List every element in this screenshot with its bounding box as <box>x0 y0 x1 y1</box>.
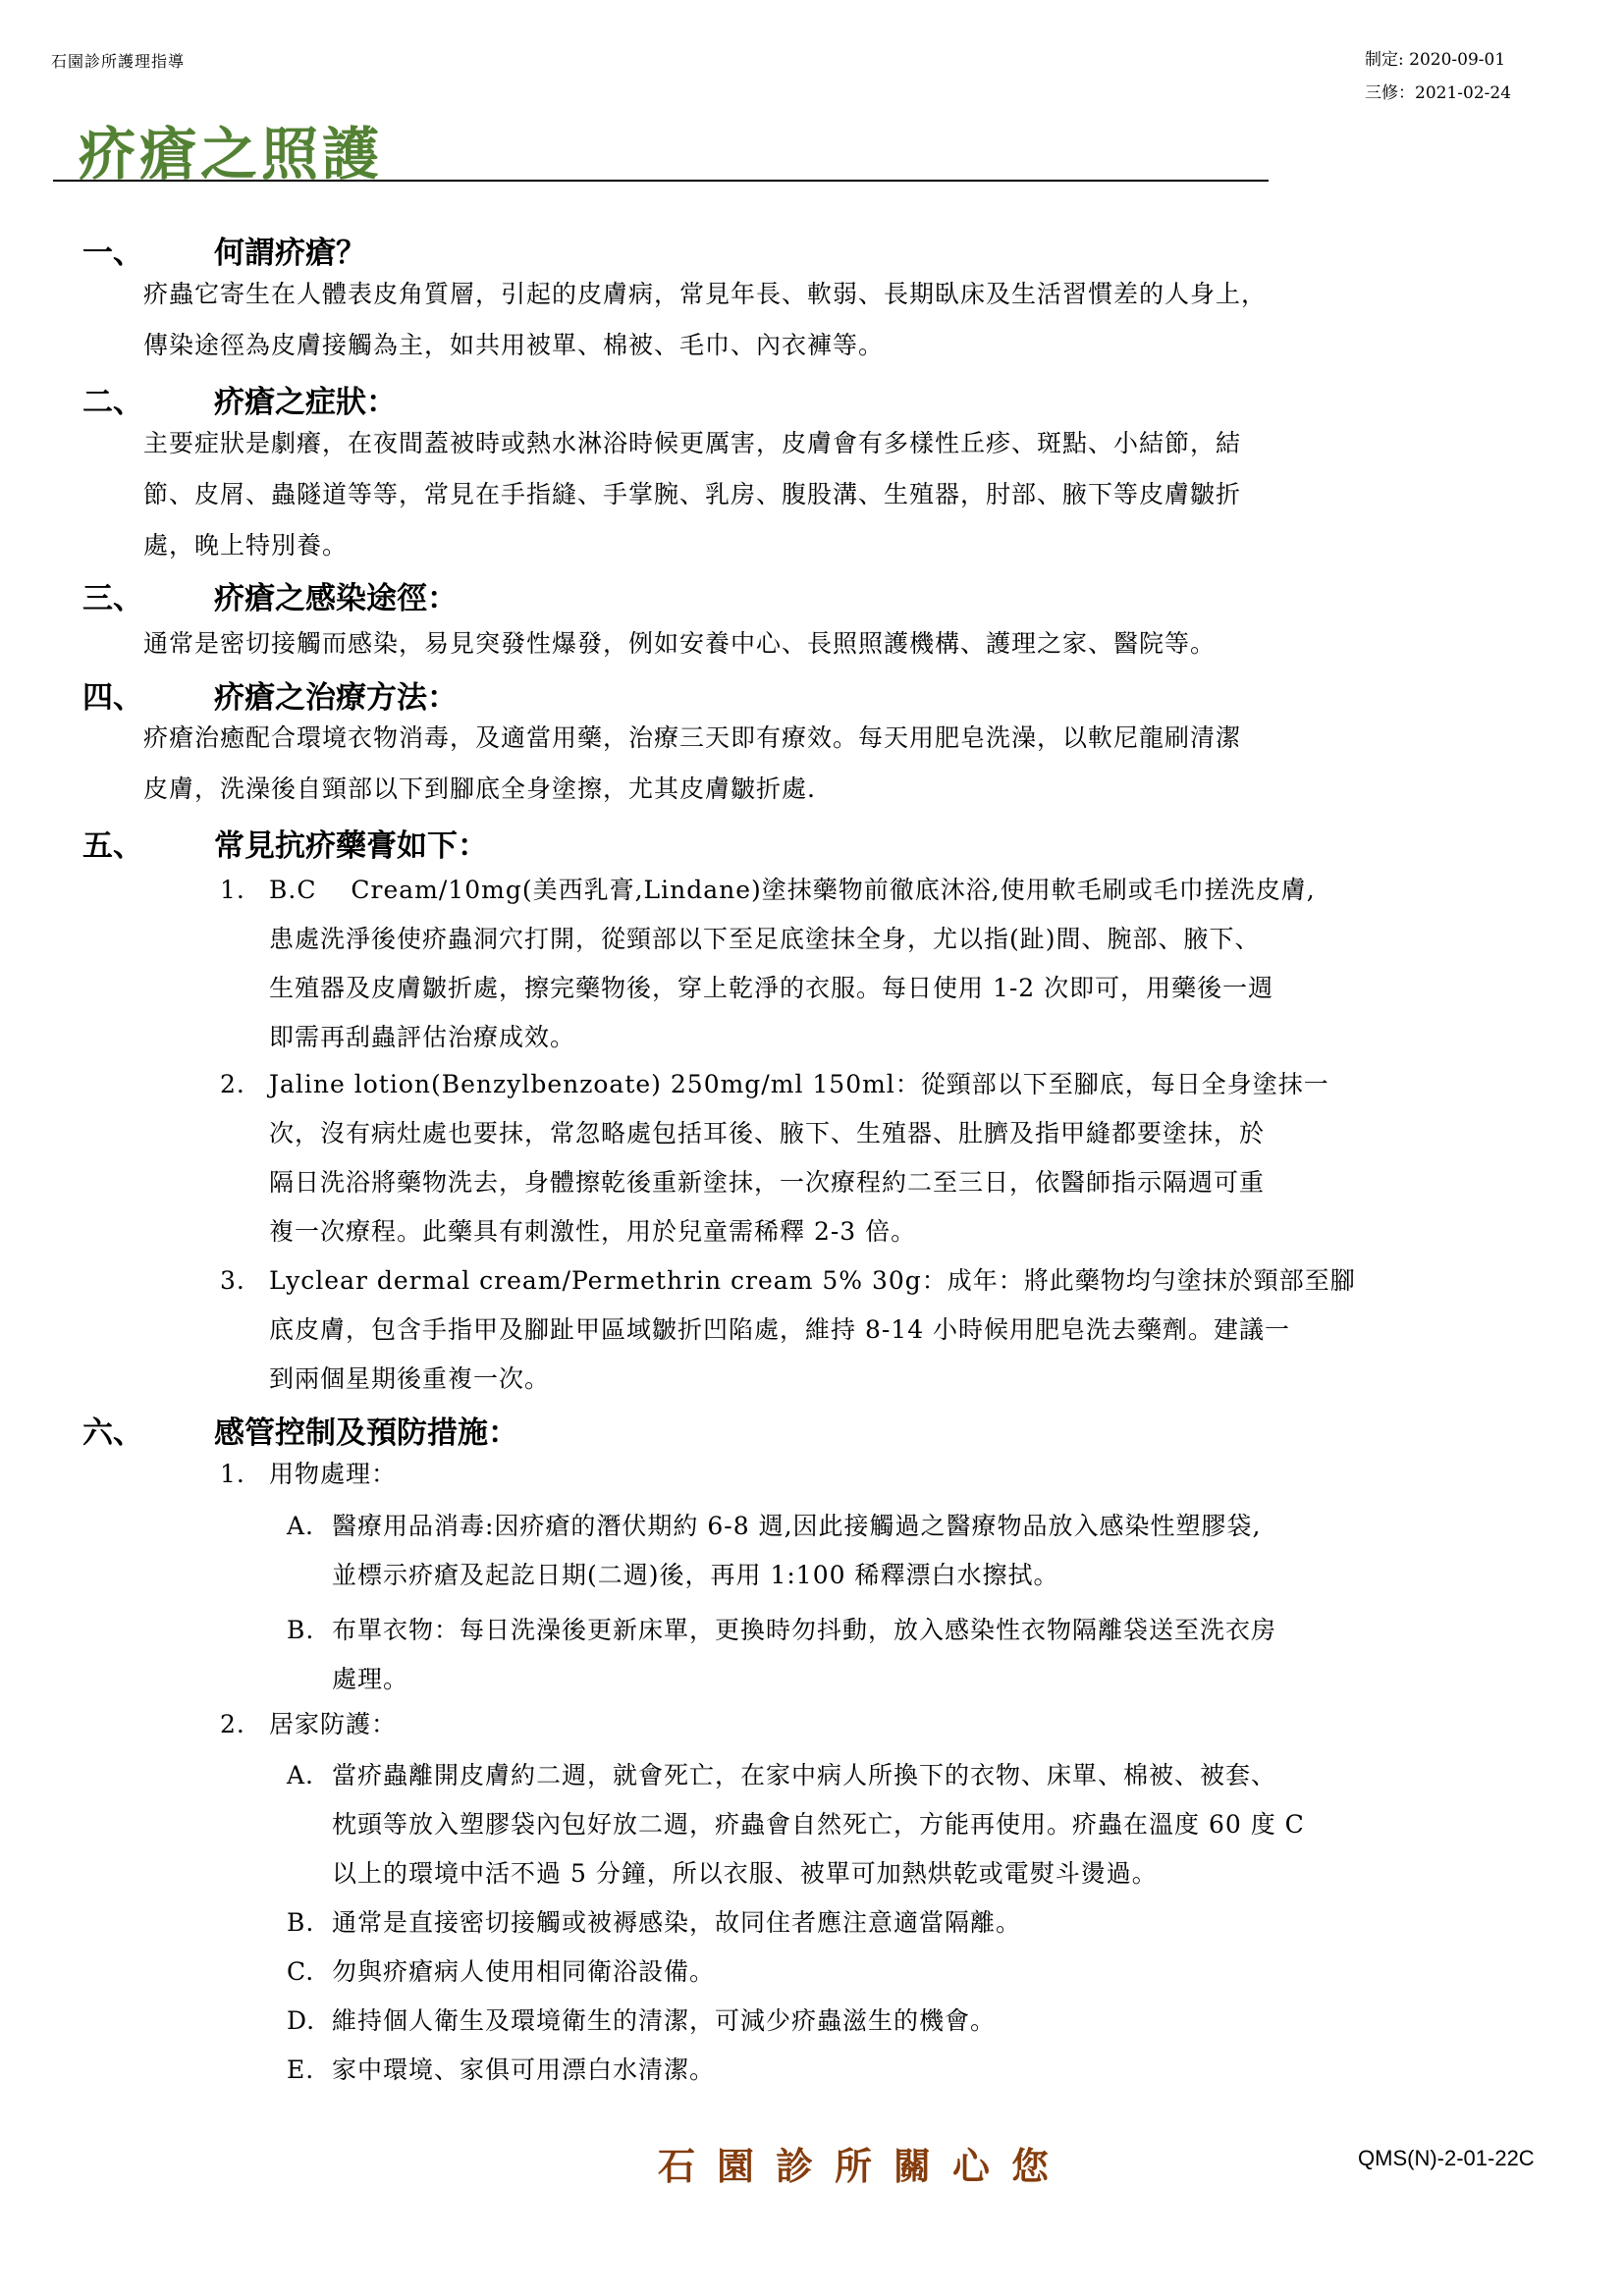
item-number: 2. <box>220 1700 245 1749</box>
text-line: B.C Cream/10mg(美西乳膏,Lindane)塗抹藥物前徹底沐浴,使用… <box>269 866 1569 915</box>
title-divider <box>53 180 1269 182</box>
section-title: 疥瘡之治療方法： <box>214 672 458 717</box>
text-line: 底皮膚，包含手指甲及腳趾甲區域皺折凹陷處，維持 8-14 小時候用肥皂洗去藥劑。… <box>269 1306 1569 1355</box>
prevention-sub-2e: E. 家中環境、家俱可用漂白水清潔。 <box>287 2046 1569 2095</box>
section-title: 疥瘡之症狀： <box>214 377 397 421</box>
section-number: 四、 <box>82 672 214 717</box>
text-line: 主要症狀是劇癢，在夜間蓋被時或熱水淋浴時候更厲害，皮膚會有多樣性丘疹、斑點、小結… <box>143 418 1567 469</box>
text-line: 通常是密切接觸而感染，易見突發性爆發，例如安養中心、長照照護機構、護理之家、醫院… <box>143 618 1567 669</box>
section-title: 何謂疥瘡？ <box>214 228 366 272</box>
clinic-header: 石園診所護理指導 <box>51 49 185 72</box>
section-2-body: 主要症狀是劇癢，在夜間蓋被時或熱水淋浴時候更厲害，皮膚會有多樣性丘疹、斑點、小結… <box>143 418 1567 571</box>
item-number: 2. <box>220 1060 245 1109</box>
section-number: 二、 <box>82 377 214 421</box>
sub-letter: E. <box>287 2046 314 2095</box>
prevention-sub-1a: A. 醫療用品消毒:因疥瘡的潛伏期約 6-8 週,因此接觸過之醫療物品放入感染性… <box>287 1502 1569 1600</box>
section-5-heading: 五、 常見抗疥藥膏如下： <box>82 821 488 865</box>
text-line: 皮膚，洗澡後自頸部以下到腳底全身塗擦，尤其皮膚皺折處. <box>143 764 1567 815</box>
section-title: 常見抗疥藥膏如下： <box>214 821 488 865</box>
revision-date: 三修：2021-02-24 <box>1365 77 1511 110</box>
text-line: 患處洗淨後使疥蟲洞穴打開，從頸部以下至足底塗抹全身，尤以指(趾)間、腕部、腋下、 <box>269 915 1569 964</box>
section-6-heading: 六、 感管控制及預防措施： <box>82 1408 518 1452</box>
text-line: 次，沒有病灶處也要抹，常忽略處包括耳後、腋下、生殖器、肚臍及指甲縫都要塗抹，於 <box>269 1109 1569 1158</box>
text-line: 隔日洗浴將藥物洗去，身體擦乾後重新塗抹，一次療程約二至三日，依醫師指示隔週可重 <box>269 1158 1569 1207</box>
text-line: 通常是直接密切接觸或被褥感染，故同住者應注意適當隔離。 <box>332 1898 1569 1948</box>
sub-letter: A. <box>287 1502 314 1551</box>
section-title: 感管控制及預防措施： <box>214 1408 518 1452</box>
established-date: 制定: 2020-09-01 <box>1365 43 1511 77</box>
prevention-sub-2c: C. 勿與疥瘡病人使用相同衛浴設備。 <box>287 1948 1569 1997</box>
text-line: 醫療用品消毒:因疥瘡的潛伏期約 6-8 週,因此接觸過之醫療物品放入感染性塑膠袋… <box>332 1502 1569 1551</box>
text-line: 即需再刮蟲評估治療成效。 <box>269 1013 1569 1062</box>
item-label: 居家防護： <box>224 1700 1569 1749</box>
section-1-heading: 一、 何謂疥瘡？ <box>82 228 366 272</box>
footer-slogan: 石園診所關心您 <box>658 2136 1070 2190</box>
section-4-heading: 四、 疥瘡之治療方法： <box>82 672 458 717</box>
section-3-heading: 三、 疥瘡之感染途徑： <box>82 573 458 617</box>
section-number: 三、 <box>82 573 214 617</box>
prevention-item-2: 2. 居家防護： <box>224 1700 1569 1749</box>
sub-letter: B. <box>287 1898 314 1948</box>
prevention-sub-2a: A. 當疥蟲離開皮膚約二週，就會死亡，在家中病人所換下的衣物、床單、棉被、被套、… <box>287 1751 1569 1898</box>
text-line: Lyclear dermal cream/Permethrin cream 5%… <box>269 1256 1569 1306</box>
section-3-body: 通常是密切接觸而感染，易見突發性爆發，例如安養中心、長照照護機構、護理之家、醫院… <box>143 618 1567 669</box>
item-number: 3. <box>220 1256 245 1306</box>
sub-letter: D. <box>287 1997 315 2046</box>
section-number: 一、 <box>82 228 214 272</box>
section-title: 疥瘡之感染途徑： <box>214 573 458 617</box>
text-line: 到兩個星期後重複一次。 <box>269 1355 1569 1404</box>
text-line: 疥瘡治癒配合環境衣物消毒，及適當用藥，治療三天即有療效。每天用肥皂洗澡，以軟尼龍… <box>143 713 1567 764</box>
text-line: 並標示疥瘡及起訖日期(二週)後，再用 1:100 稀釋漂白水擦拭。 <box>332 1551 1569 1600</box>
text-line: 勿與疥瘡病人使用相同衛浴設備。 <box>332 1948 1569 1997</box>
text-line: 疥蟲它寄生在人體表皮角質層，引起的皮膚病，常見年長、軟弱、長期臥床及生活習慣差的… <box>143 269 1567 320</box>
prevention-sub-2d: D. 維持個人衛生及環境衛生的清潔，可減少疥蟲滋生的機會。 <box>287 1997 1569 2046</box>
text-line: 當疥蟲離開皮膚約二週，就會死亡，在家中病人所換下的衣物、床單、棉被、被套、 <box>332 1751 1569 1800</box>
section-4-body: 疥瘡治癒配合環境衣物消毒，及適當用藥，治療三天即有療效。每天用肥皂洗澡，以軟尼龍… <box>143 713 1567 815</box>
text-line: 維持個人衛生及環境衛生的清潔，可減少疥蟲滋生的機會。 <box>332 1997 1569 2046</box>
section-number: 五、 <box>82 821 214 865</box>
medication-item-1: 1. B.C Cream/10mg(美西乳膏,Lindane)塗抹藥物前徹底沐浴… <box>224 866 1569 1062</box>
text-line: 生殖器及皮膚皺折處，擦完藥物後，穿上乾淨的衣服。每日使用 1-2 次即可，用藥後… <box>269 964 1569 1013</box>
section-1-body: 疥蟲它寄生在人體表皮角質層，引起的皮膚病，常見年長、軟弱、長期臥床及生活習慣差的… <box>143 269 1567 371</box>
document-code: QMS(N)-2-01-22C <box>1358 2146 1535 2171</box>
document-dates: 制定: 2020-09-01 三修：2021-02-24 <box>1365 43 1511 110</box>
item-number: 1. <box>220 866 245 915</box>
text-line: 節、皮屑、蟲隧道等等，常見在手指縫、手掌腕、乳房、腹股溝、生殖器，肘部、腋下等皮… <box>143 469 1567 520</box>
text-line: 枕頭等放入塑膠袋內包好放二週，疥蟲會自然死亡，方能再使用。疥蟲在溫度 60 度 … <box>332 1800 1569 1849</box>
text-line: 以上的環境中活不過 5 分鐘，所以衣服、被單可加熱烘乾或電熨斗燙過。 <box>332 1849 1569 1898</box>
prevention-sub-1b: B. 布單衣物：每日洗澡後更新床單，更換時勿抖動，放入感染性衣物隔離袋送至洗衣房… <box>287 1606 1569 1704</box>
text-line: 家中環境、家俱可用漂白水清潔。 <box>332 2046 1569 2095</box>
section-number: 六、 <box>82 1408 214 1452</box>
text-line: 複一次療程。此藥具有刺激性，用於兒童需稀釋 2-3 倍。 <box>269 1207 1569 1256</box>
medication-item-3: 3. Lyclear dermal cream/Permethrin cream… <box>224 1256 1569 1404</box>
text-line: 處理。 <box>332 1655 1569 1704</box>
page-title: 疥瘡之照護 <box>79 108 383 190</box>
section-2-heading: 二、 疥瘡之症狀： <box>82 377 397 421</box>
sub-letter: C. <box>287 1948 314 1997</box>
text-line: 傳染途徑為皮膚接觸為主，如共用被單、棉被、毛巾、內衣褲等。 <box>143 320 1567 371</box>
text-line: Jaline lotion(Benzylbenzoate) 250mg/ml 1… <box>269 1060 1569 1109</box>
text-line: 處，晚上特別養。 <box>143 520 1567 571</box>
text-line: 布單衣物：每日洗澡後更新床單，更換時勿抖動，放入感染性衣物隔離袋送至洗衣房 <box>332 1606 1569 1655</box>
prevention-item-1: 1. 用物處理： <box>224 1450 1569 1499</box>
prevention-sub-2b: B. 通常是直接密切接觸或被褥感染，故同住者應注意適當隔離。 <box>287 1898 1569 1948</box>
sub-letter: A. <box>287 1751 314 1800</box>
item-number: 1. <box>220 1450 245 1499</box>
item-label: 用物處理： <box>224 1450 1569 1499</box>
sub-letter: B. <box>287 1606 314 1655</box>
medication-item-2: 2. Jaline lotion(Benzylbenzoate) 250mg/m… <box>224 1060 1569 1256</box>
